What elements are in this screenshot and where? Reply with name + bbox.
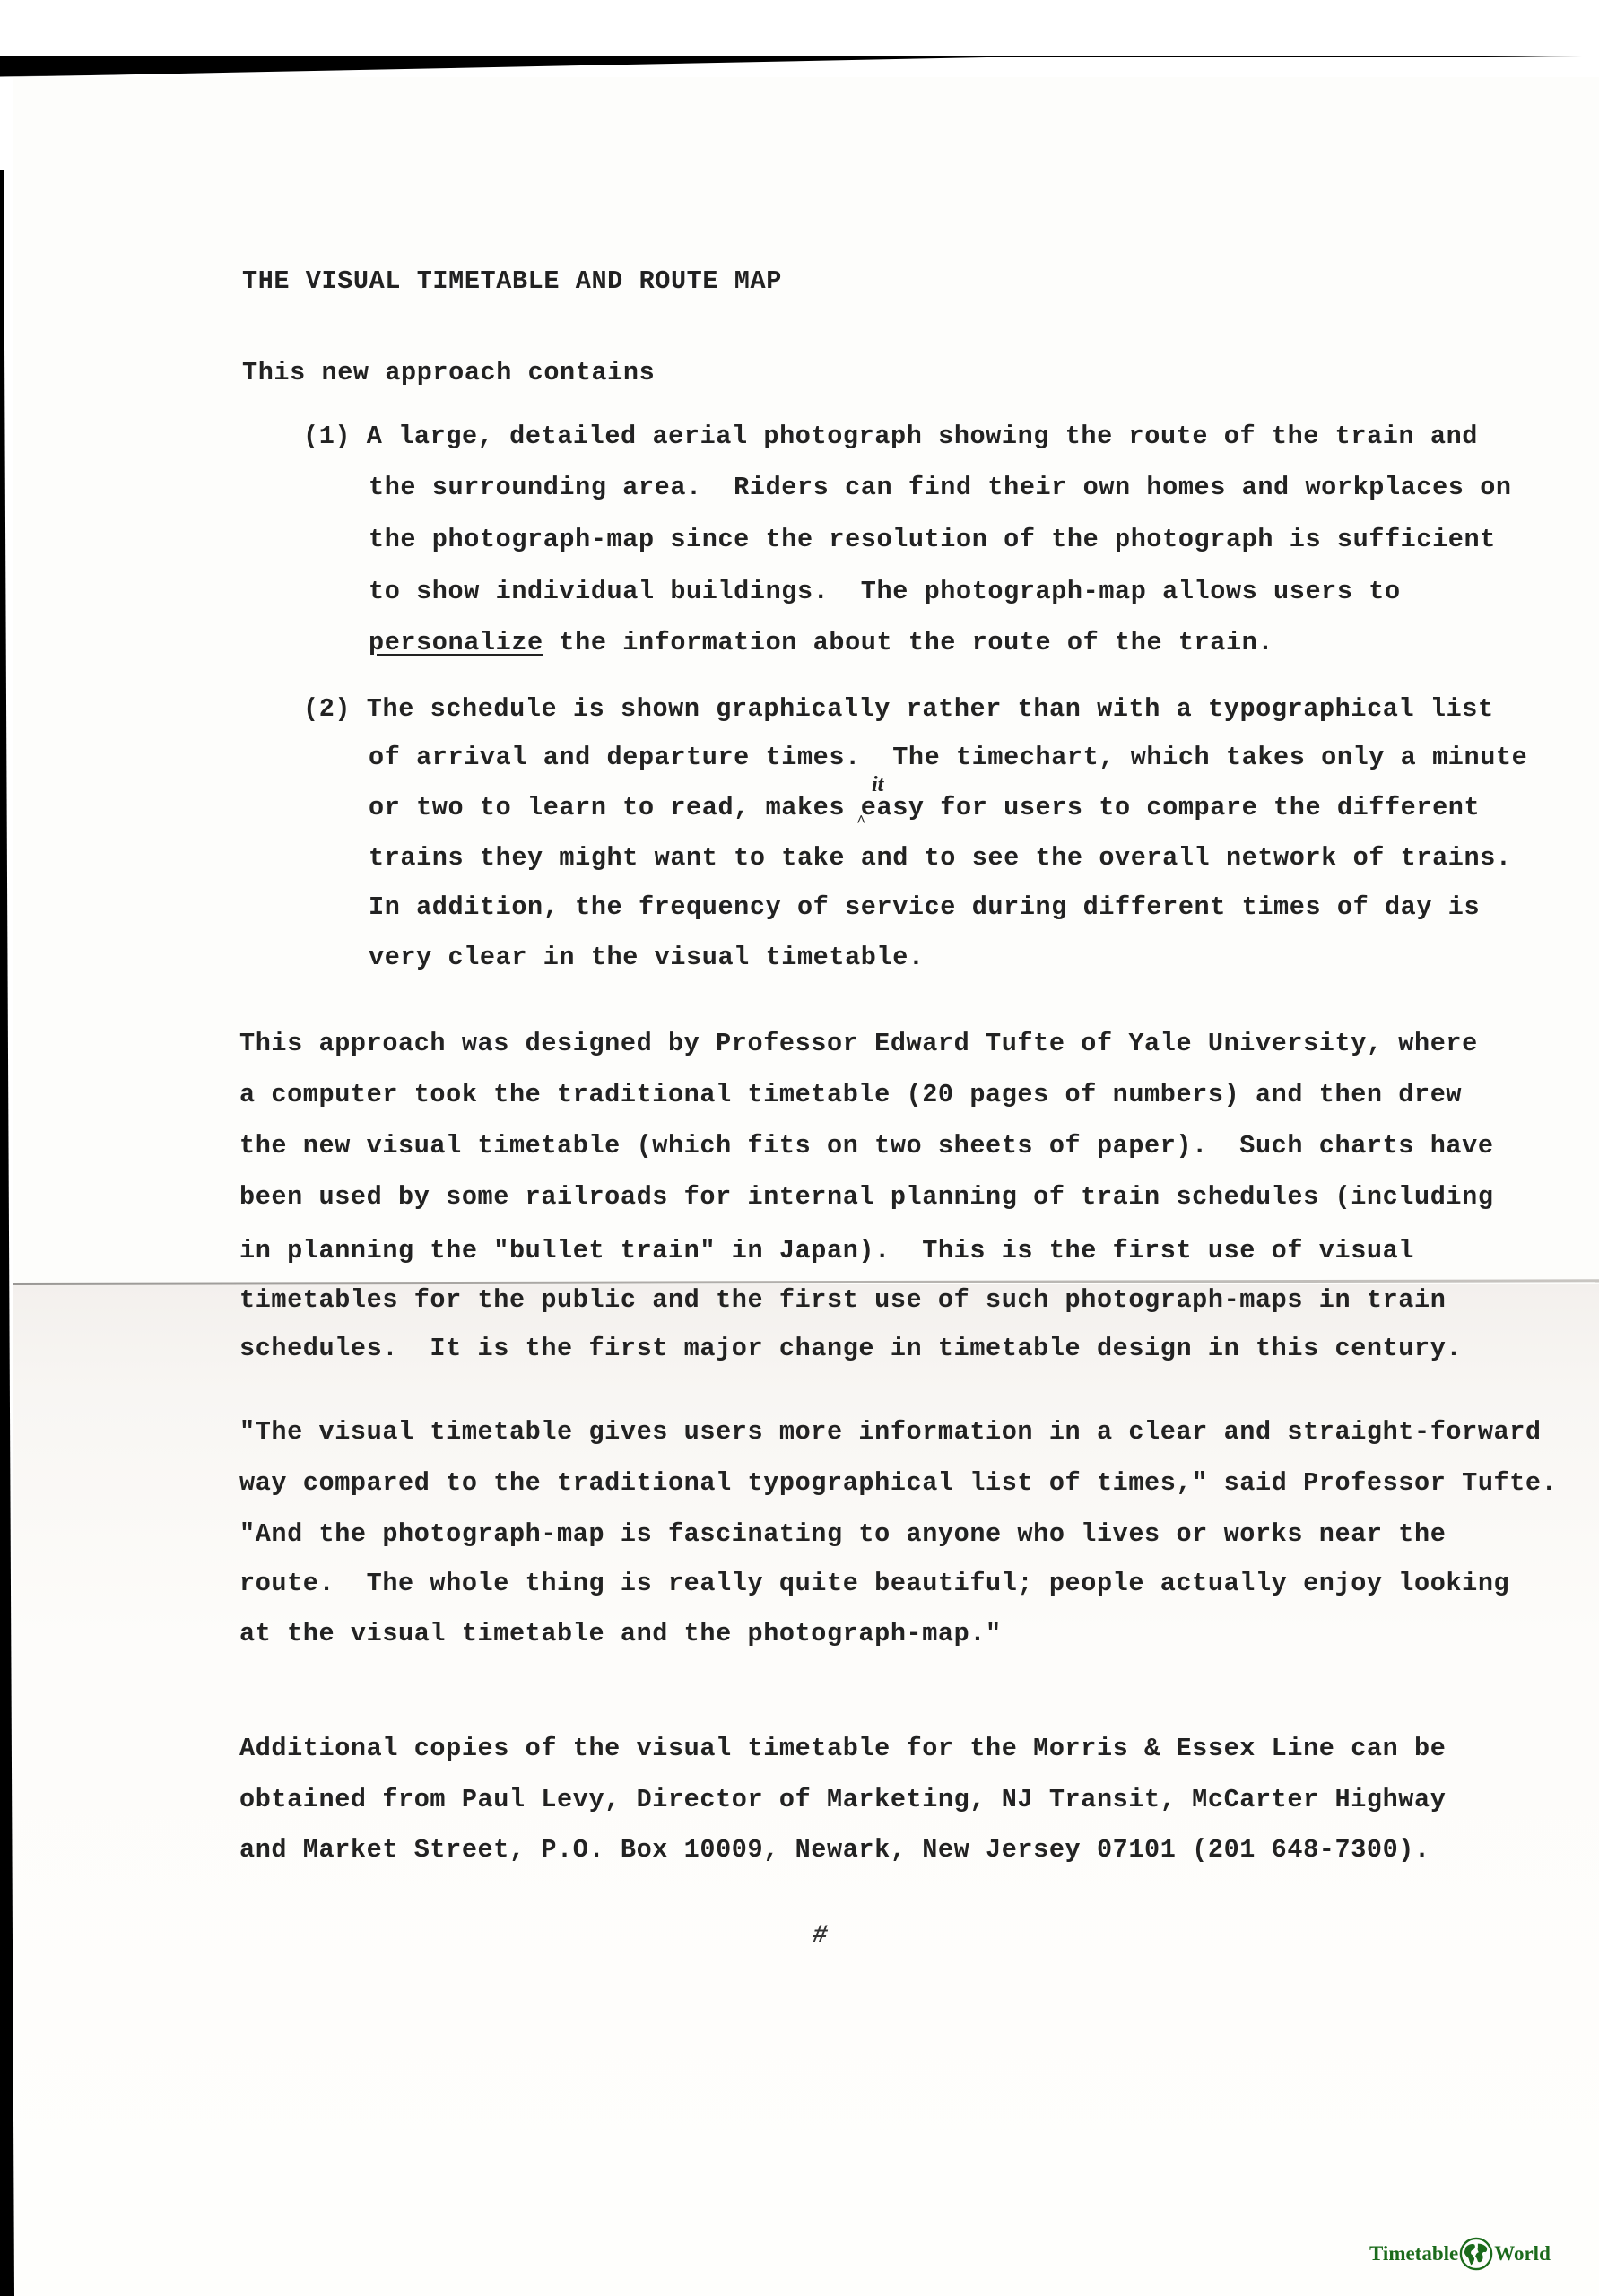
item1-line: personalize the information about the ro…: [369, 631, 1273, 657]
end-mark: #: [813, 1922, 828, 1950]
watermark-left-text: Timetable: [1369, 2242, 1458, 2266]
document-title: THE VISUAL TIMETABLE AND ROUTE MAP: [242, 269, 782, 295]
item1-line: (1) A large, detailed aerial photograph …: [303, 424, 1478, 450]
item2-line: or two to learn to read, makes easy for …: [369, 796, 1480, 822]
paragraph-line: been used by some railroads for internal…: [239, 1185, 1494, 1211]
globe-icon: [1459, 2237, 1493, 2271]
item2-line: (2) The schedule is shown graphically ra…: [303, 697, 1494, 723]
insert-caret: ^: [856, 812, 865, 831]
paragraph-line: schedules. It is the first major change …: [239, 1336, 1462, 1362]
intro-line: This new approach contains: [242, 361, 655, 387]
paragraph-line: timetables for the public and the first …: [239, 1288, 1446, 1314]
quote-line: "The visual timetable gives users more i…: [239, 1420, 1542, 1446]
item1-line-rest: the information about the route of the t…: [543, 628, 1273, 657]
item1-line: to show individual buildings. The photog…: [369, 579, 1401, 605]
item2-line: In addition, the frequency of service du…: [369, 895, 1480, 921]
underlined-word: personalize: [369, 628, 543, 657]
timetable-world-watermark: Timetable World: [1369, 2236, 1551, 2272]
quote-line: at the visual timetable and the photogra…: [239, 1622, 1002, 1648]
item2-line: trains they might want to take and to se…: [369, 846, 1512, 872]
contact-line: Additional copies of the visual timetabl…: [239, 1736, 1446, 1762]
paragraph-line: in planning the "bullet train" in Japan)…: [239, 1239, 1414, 1265]
scan-top-edge: [0, 56, 1599, 77]
quote-line: route. The whole thing is really quite b…: [239, 1571, 1509, 1597]
watermark-right-text: World: [1494, 2242, 1551, 2266]
paragraph-line: the new visual timetable (which fits on …: [239, 1134, 1494, 1160]
contact-line: obtained from Paul Levy, Director of Mar…: [239, 1787, 1446, 1813]
item1-line: the photograph-map since the resolution …: [369, 527, 1496, 553]
item2-line: of arrival and departure times. The time…: [369, 745, 1527, 771]
paragraph-line: This approach was designed by Professor …: [239, 1031, 1478, 1057]
quote-line: "And the photograph-map is fascinating t…: [239, 1522, 1446, 1548]
paragraph-line: a computer took the traditional timetabl…: [239, 1083, 1462, 1109]
quote-line: way compared to the traditional typograp…: [239, 1471, 1557, 1497]
item1-line: the surrounding area. Riders can find th…: [369, 475, 1512, 501]
item2-line: very clear in the visual timetable.: [369, 945, 925, 971]
handwritten-insert: it: [872, 773, 883, 797]
contact-line: and Market Street, P.O. Box 10009, Newar…: [239, 1838, 1430, 1864]
